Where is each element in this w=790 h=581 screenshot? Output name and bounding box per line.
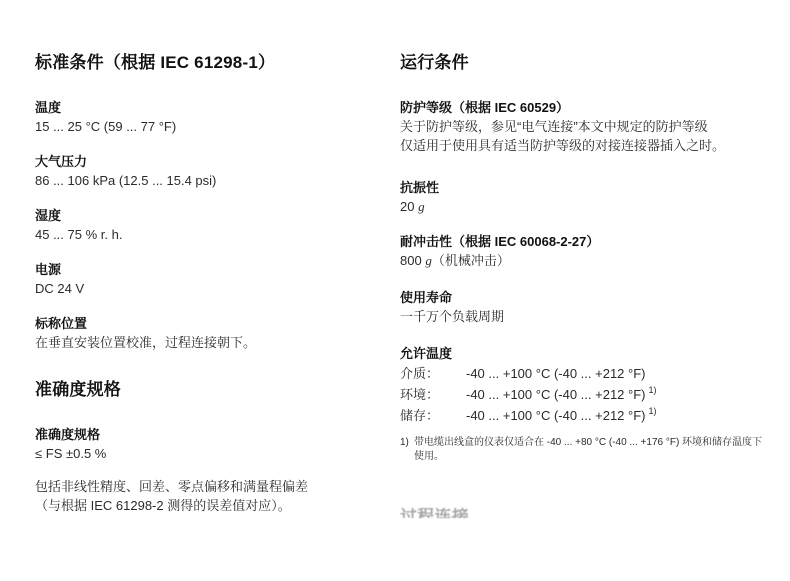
ingress-protection-line1: 关于防护等级，参见“电气连接”本文中规定的防护等级 (400, 117, 765, 136)
right-column: 运行条件 防护等级（根据 IEC 60529） 关于防护等级，参见“电气连接”本… (400, 52, 765, 518)
spec-label: 防护等级（根据 IEC 60529） (400, 98, 765, 117)
footnote-text: 带电缆出线盒的仪表仅适合在 -40 ... +80 °C (-40 ... +1… (414, 436, 765, 464)
datasheet-page: 标准条件（根据 IEC 61298-1） 温度 15 ... 25 °C (59… (0, 0, 790, 581)
spec-item-nominal-position: 标称位置 在垂直安装位置校准，过程连接朝下。 (35, 314, 375, 352)
temp-row-value: -40 ... +100 °C (-40 ... +212 °F) (466, 363, 648, 384)
spec-label: 温度 (35, 98, 375, 117)
accuracy-note: 包括非线性精度、回差、零点偏移和满量程偏差 （与根据 IEC 61298-2 测… (35, 477, 375, 515)
spec-item-permissible-temperature: 允许温度 介质： -40 ... +100 °C (-40 ... +212 °… (400, 344, 765, 426)
temp-row-storage: 储存： -40 ... +100 °C (-40 ... +212 °F)1) (400, 405, 765, 426)
spec-item-power-supply: 电源 DC 24 V (35, 260, 375, 298)
accuracy-note-line1: 包括非线性精度、回差、零点偏移和满量程偏差 (35, 477, 375, 496)
vibration-number: 20 (400, 199, 418, 214)
footnote-marker-sup: 1) (648, 385, 656, 395)
spec-item-vibration: 抗振性 20 g (400, 178, 765, 216)
spec-label: 耐冲击性（根据 IEC 60068-2-27） (400, 232, 765, 251)
spec-item-temperature: 温度 15 ... 25 °C (59 ... 77 °F) (35, 98, 375, 136)
spec-label: 大气压力 (35, 152, 375, 171)
spec-label: 允许温度 (400, 344, 765, 363)
temp-row-name: 环境： (400, 384, 466, 405)
left-column: 标准条件（根据 IEC 61298-1） 温度 15 ... 25 °C (59… (35, 52, 375, 515)
unit-g: g (418, 199, 425, 214)
spec-item-humidity: 湿度 45 ... 75 % r. h. (35, 206, 375, 244)
footnote: 1) 带电缆出线盒的仪表仅适合在 -40 ... +80 °C (-40 ...… (400, 436, 765, 464)
spec-value: 一千万个负载周期 (400, 307, 765, 326)
spec-label: 抗振性 (400, 178, 765, 197)
footnote-marker: 1) (400, 436, 414, 464)
accuracy-note-line2: （与根据 IEC 61298-2 测得的误差值对应）。 (35, 496, 375, 515)
temp-row-name: 介质： (400, 363, 466, 384)
ingress-protection-line2: 仅适用于使用具有适当防护等级的对接连接器插入之时。 (400, 136, 765, 155)
footnote-marker-sup: 1) (648, 406, 656, 416)
spec-label: 准确度规格 (35, 425, 375, 444)
spec-value: 在垂直安装位置校准，过程连接朝下。 (35, 333, 375, 352)
temp-row-ambient: 环境： -40 ... +100 °C (-40 ... +212 °F)1) (400, 384, 765, 405)
temp-row-value: -40 ... +100 °C (-40 ... +212 °F)1) (466, 384, 657, 405)
spec-value: 86 ... 106 kPa (12.5 ... 15.4 psi) (35, 171, 375, 190)
spec-label: 湿度 (35, 206, 375, 225)
spec-label: 标称位置 (35, 314, 375, 333)
shock-number: 800 (400, 253, 425, 268)
cutoff-section-title: 过程连接 (400, 508, 765, 518)
spec-value: DC 24 V (35, 279, 375, 298)
temp-row-name: 储存： (400, 405, 466, 426)
temp-row-value: -40 ... +100 °C (-40 ... +212 °F)1) (466, 405, 657, 426)
spec-item-ingress-protection: 防护等级（根据 IEC 60529） 关于防护等级，参见“电气连接”本文中规定的… (400, 98, 765, 155)
shock-detail: （机械冲击） (432, 253, 510, 268)
spec-item-service-life: 使用寿命 一千万个负载周期 (400, 288, 765, 326)
spec-value: 45 ... 75 % r. h. (35, 225, 375, 244)
spec-value: 15 ... 25 °C (59 ... 77 °F) (35, 117, 375, 136)
spec-item-accuracy: 准确度规格 ≤ FS ±0.5 % (35, 425, 375, 463)
spec-label: 电源 (35, 260, 375, 279)
spec-item-air-pressure: 大气压力 86 ... 106 kPa (12.5 ... 15.4 psi) (35, 152, 375, 190)
spec-label: 使用寿命 (400, 288, 765, 307)
section-title-operating-conditions: 运行条件 (400, 52, 765, 74)
section-title-standard-conditions: 标准条件（根据 IEC 61298-1） (35, 52, 375, 74)
temp-row-medium: 介质： -40 ... +100 °C (-40 ... +212 °F) (400, 363, 765, 384)
cutoff-next-section: 过程连接 (400, 508, 765, 518)
spec-value: ≤ FS ±0.5 % (35, 444, 375, 463)
spec-value: 800 g（机械冲击） (400, 251, 765, 270)
section-title-accuracy: 准确度规格 (35, 379, 375, 401)
spec-item-shock: 耐冲击性（根据 IEC 60068-2-27） 800 g（机械冲击） (400, 232, 765, 270)
spec-value: 20 g (400, 197, 765, 216)
